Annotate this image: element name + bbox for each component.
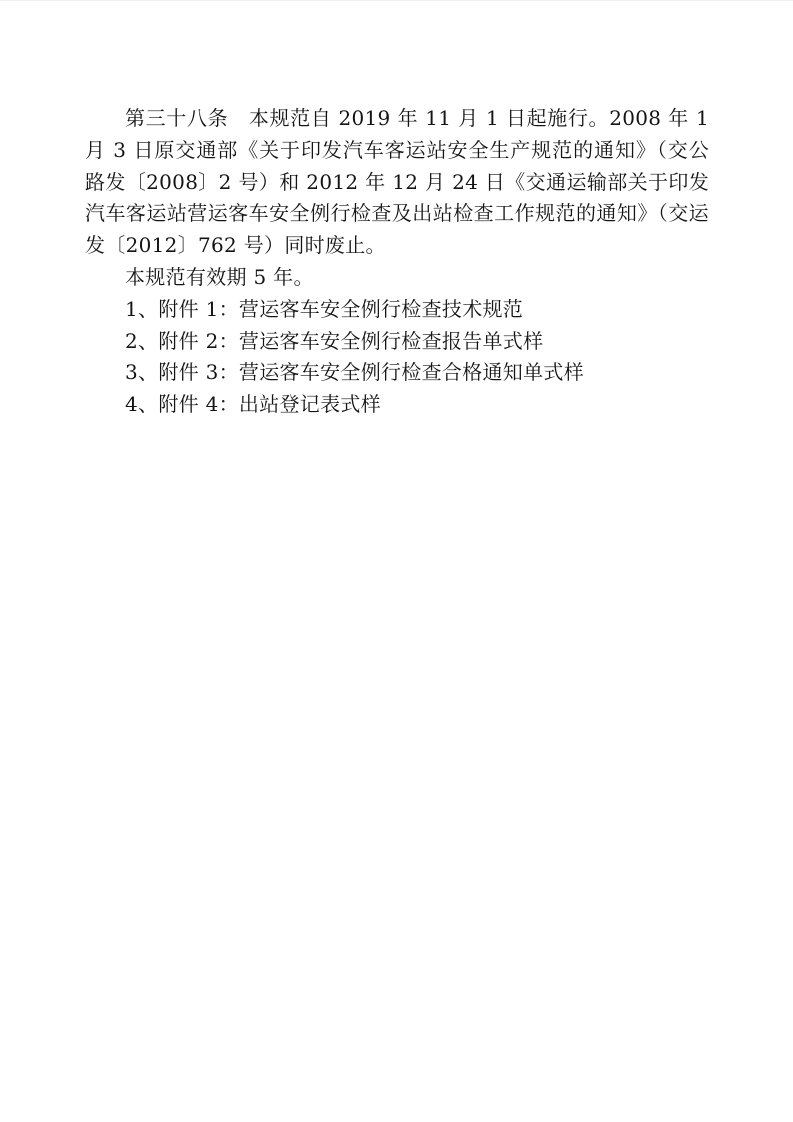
attachment-list-item-3: 3、附件 3：营运客车安全例行检查合格通知单式样 [85,357,709,389]
document-page: 第三十八条 本规范自 2019 年 11 月 1 日起施行。2008 年 1 月… [0,0,793,1122]
paragraph-validity-period: 本规范有效期 5 年。 [85,262,709,294]
attachment-list-item-4: 4、附件 4：出站登记表式样 [85,389,709,421]
attachment-list-item-2: 2、附件 2：营运客车安全例行检查报告单式样 [85,326,709,358]
document-body: 第三十八条 本规范自 2019 年 11 月 1 日起施行。2008 年 1 月… [85,103,709,421]
attachment-list-item-1: 1、附件 1：营运客车安全例行检查技术规范 [85,294,709,326]
paragraph-article-38: 第三十八条 本规范自 2019 年 11 月 1 日起施行。2008 年 1 月… [85,103,709,262]
